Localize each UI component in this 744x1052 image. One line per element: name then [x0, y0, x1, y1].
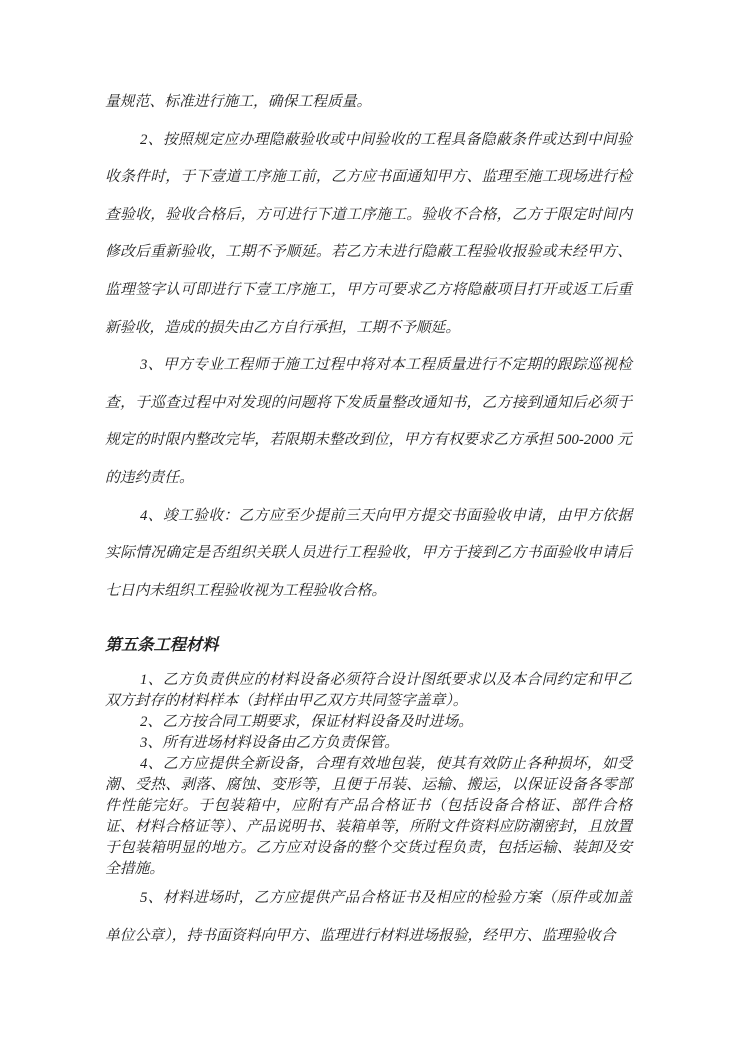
- contract-document-page: 量规范、标准进行施工，确保工程质量。2、按照规定应办理隐蔽验收或中间验收的工程具…: [0, 0, 744, 1052]
- heading-clause5: 第五条工程材料: [105, 632, 632, 658]
- paragraph-clause4-item2: 2、按照规定应办理隐蔽验收或中间验收的工程具备隐蔽条件或达到中间验收条件时，于下…: [105, 122, 632, 348]
- paragraph-clause5-item2: 2、乙方按合同工期要求，保证材料设备及时进场。: [105, 712, 632, 733]
- paragraph-clause5-item3: 3、所有进场材料设备由乙方负责保管。: [105, 733, 632, 754]
- paragraph-overflow-quality: 量规范、标准进行施工，确保工程质量。: [105, 84, 632, 122]
- document-body: 量规范、标准进行施工，确保工程质量。2、按照规定应办理隐蔽验收或中间验收的工程具…: [105, 84, 632, 956]
- paragraph-clause5-item1: 1、乙方负责供应的材料设备必须符合设计图纸要求以及本合同约定和甲乙双方封存的材料…: [105, 670, 632, 712]
- paragraph-clause4-item4: 4、竣工验收：乙方应至少提前三天向甲方提交书面验收申请，由甲方依据实际情况确定是…: [105, 498, 632, 611]
- paragraph-clause5-item4: 4、乙方应提供全新设备，合理有效地包装，使其有效防止各种损坏，如受潮、受热、剥落…: [105, 754, 632, 880]
- paragraph-clause4-item3: 3、甲方专业工程师于施工过程中将对本工程质量进行不定期的跟踪巡视检查，于巡查过程…: [105, 347, 632, 497]
- paragraph-clause5-item5: 5、材料进场时，乙方应提供产品合格证书及相应的检验方案（原件或加盖单位公章），持…: [105, 880, 632, 955]
